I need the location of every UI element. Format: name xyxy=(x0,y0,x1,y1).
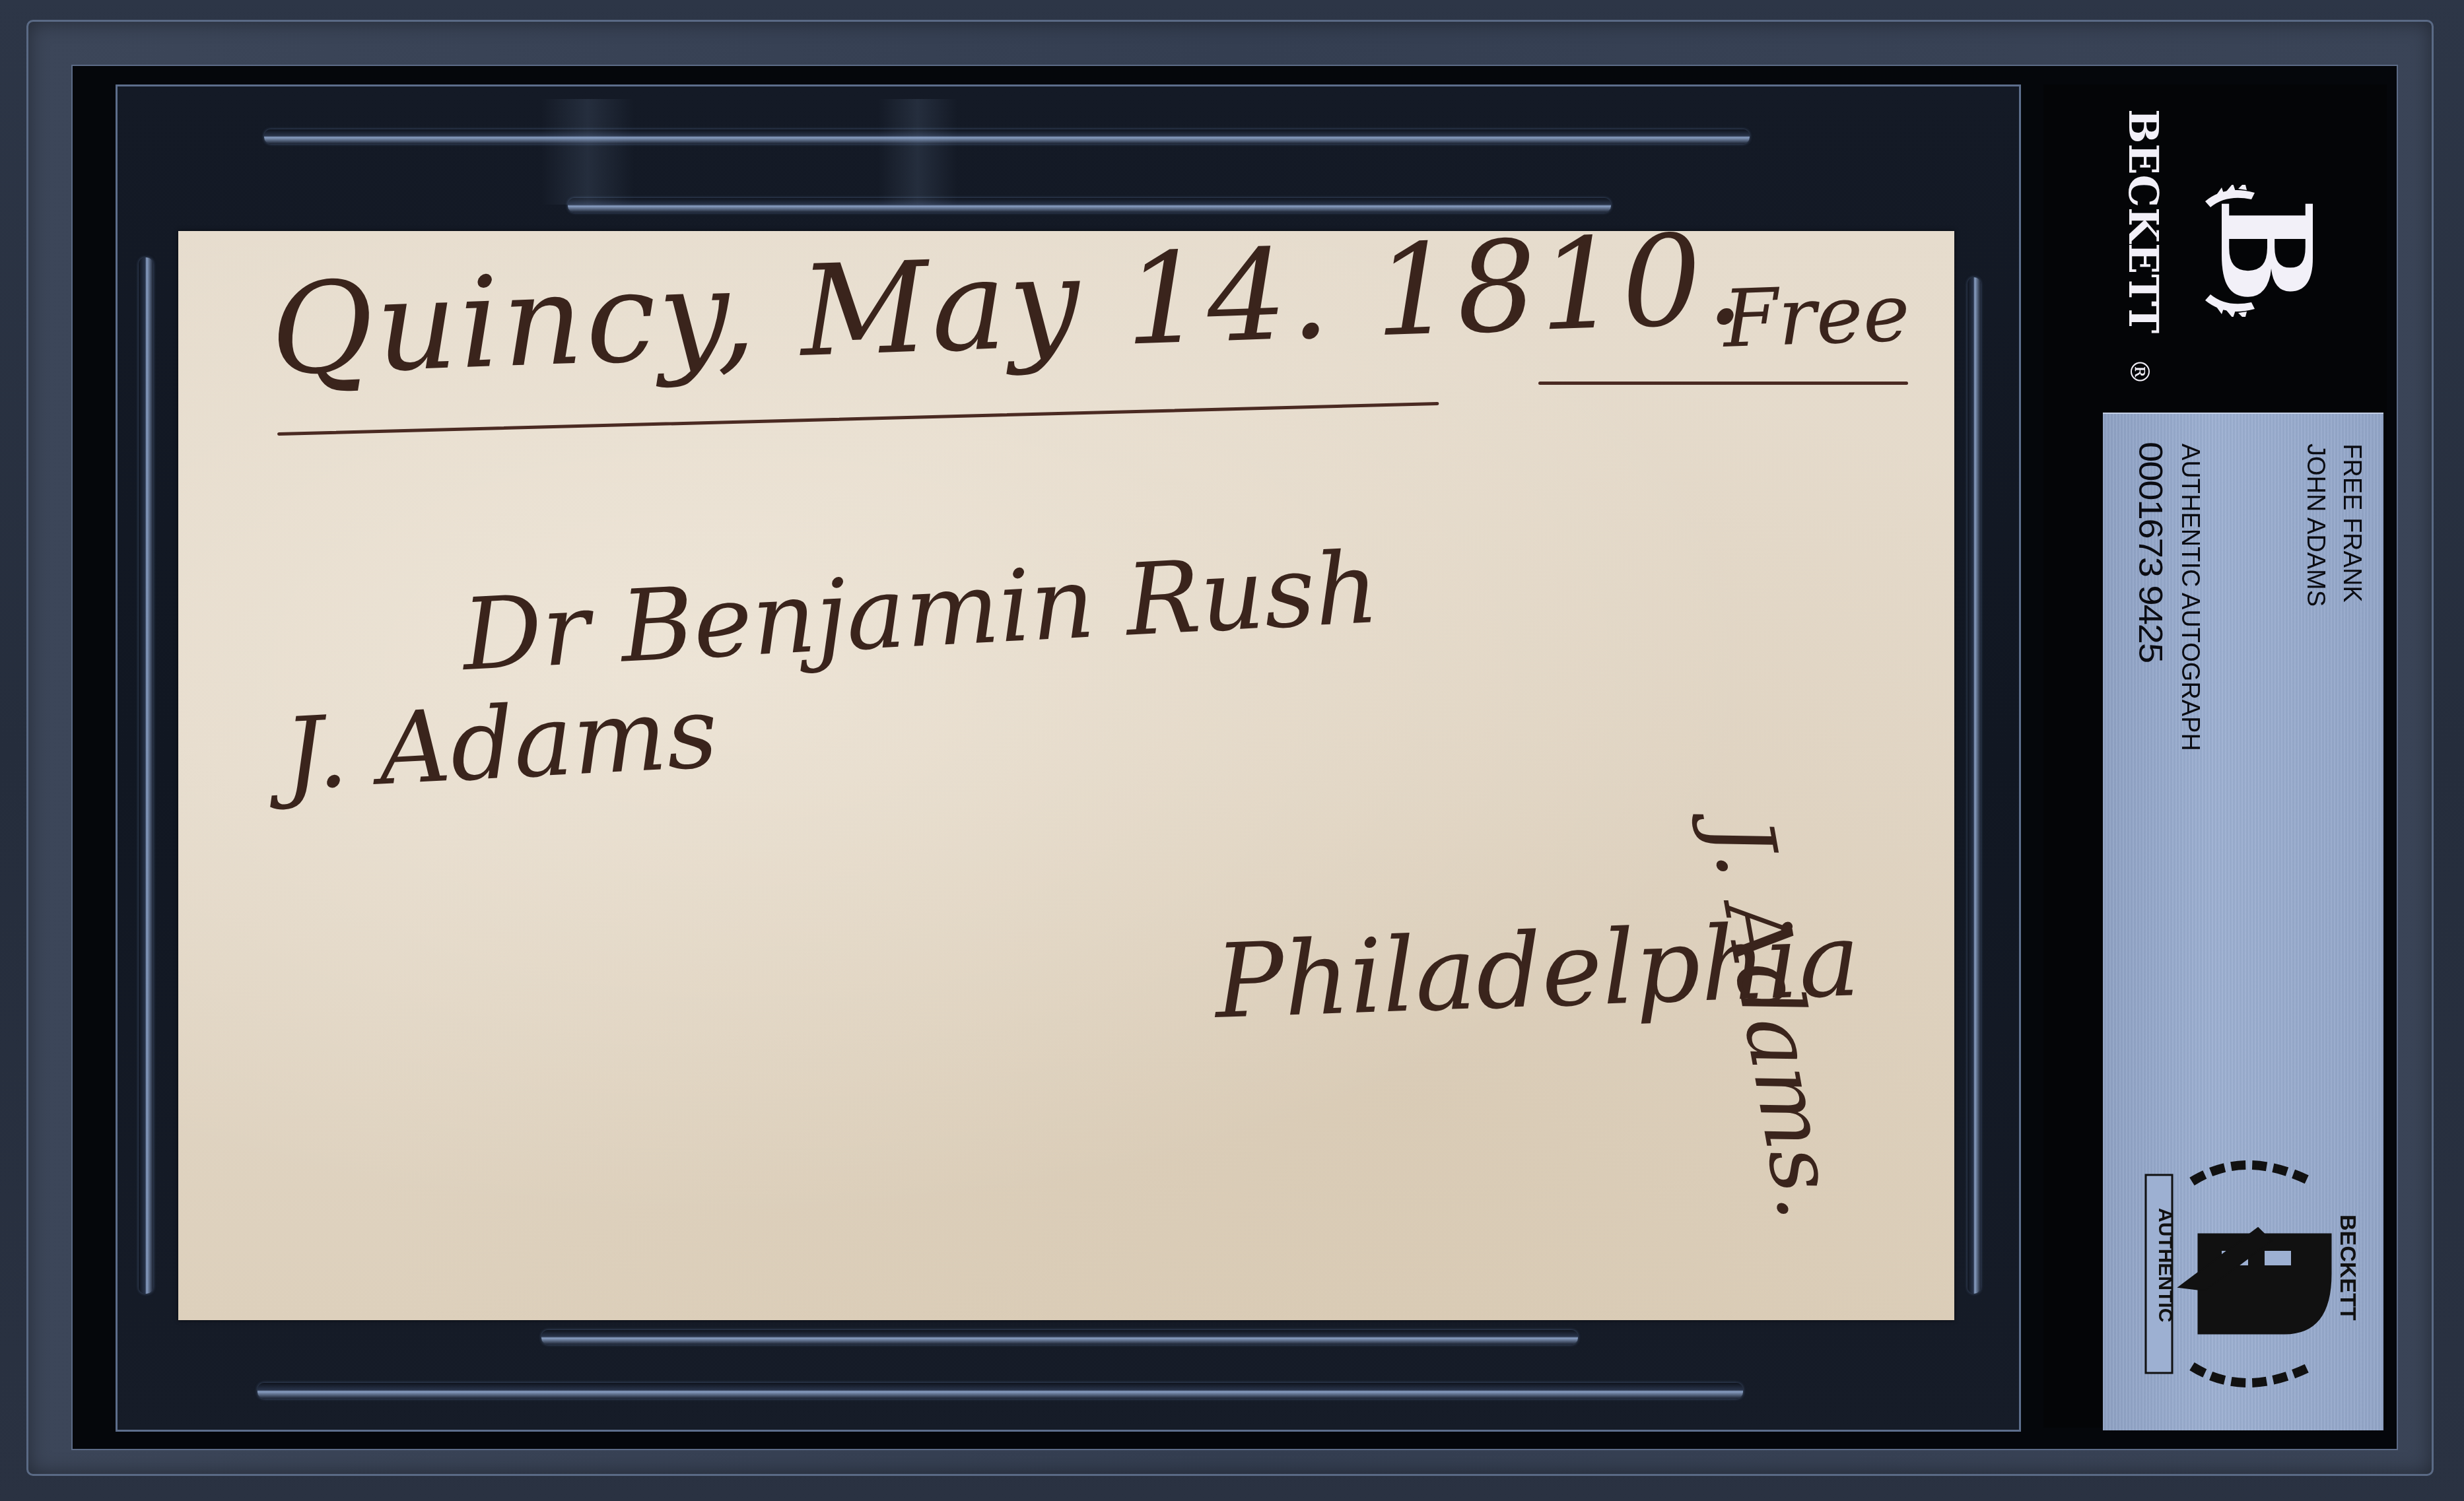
svg-text:BECKETT: BECKETT xyxy=(2335,1215,2360,1321)
free-mark-underline xyxy=(1538,382,1908,385)
label-item-type: FREE FRANK xyxy=(2337,444,2366,603)
top-ridge-outer xyxy=(264,129,1750,144)
brand-wordmark: BECKETT xyxy=(2119,109,2168,333)
top-ridge-inner xyxy=(568,198,1611,213)
label-subject-name: JOHN ADAMS xyxy=(2301,444,2329,607)
sender-signature-text: J. Adams xyxy=(281,675,720,813)
dateline-text: Quincy, May 14. 1810. xyxy=(268,206,1749,403)
right-ridge xyxy=(1968,277,1981,1294)
bottom-ridge-outer xyxy=(257,1383,1743,1399)
free-mark-text: Free xyxy=(1722,267,1911,366)
label-authentication-type: AUTHENTIC AUTOGRAPH xyxy=(2175,444,2204,751)
addressee-text: Dr Benjamin Rush xyxy=(460,531,1381,693)
bottom-ridge-inner xyxy=(541,1330,1578,1345)
svg-text:B: B xyxy=(2192,198,2337,304)
dateline-underline xyxy=(277,402,1439,436)
svg-text:AUTHENTIC: AUTHENTIC xyxy=(2154,1208,2176,1322)
left-ridge xyxy=(139,257,153,1294)
authentic-seal-icon: AUTHENTIC BECKETT xyxy=(2113,1135,2370,1413)
registered-mark: ® xyxy=(2124,358,2154,385)
envelope: Quincy, May 14. 1810. Free Dr Benjamin R… xyxy=(178,231,1954,1320)
label-serial-number: 0001673 9425 xyxy=(2131,442,2170,662)
brand-monogram-laurel-icon: B xyxy=(2185,185,2337,317)
